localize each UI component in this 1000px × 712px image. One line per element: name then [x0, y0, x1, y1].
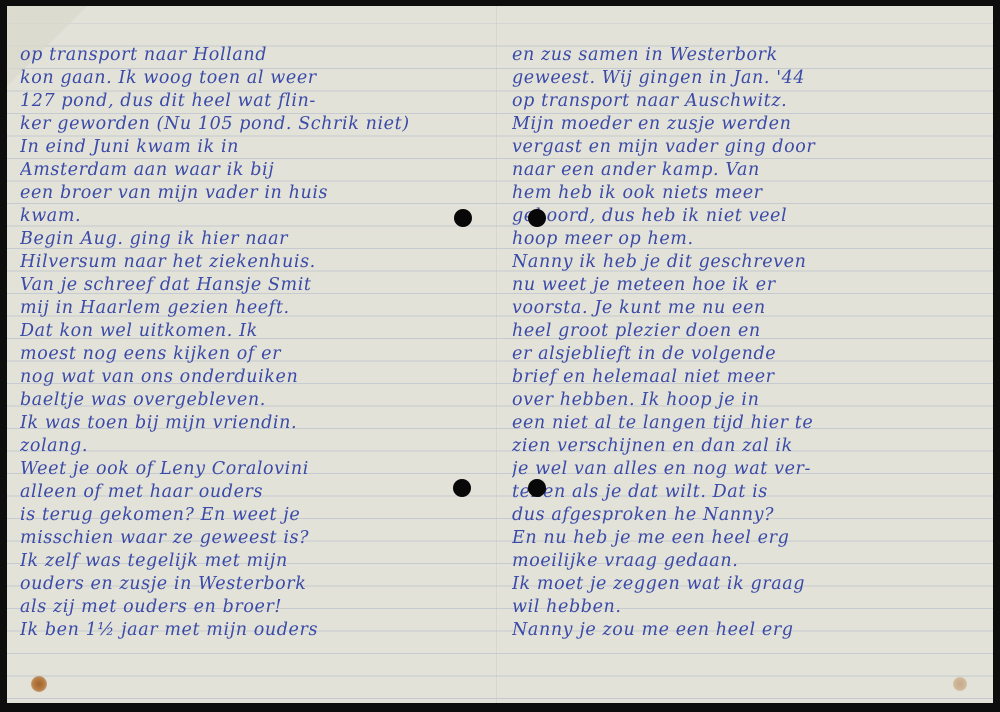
punch-hole: [453, 479, 471, 497]
handwritten-line: moeilijke vraag gedaan.: [512, 550, 982, 573]
handwritten-line: Amsterdam aan waar ik bij: [20, 159, 490, 182]
handwritten-line: als zij met ouders en broer!: [20, 596, 490, 619]
handwritten-line: alleen of met haar ouders: [20, 481, 490, 504]
handwritten-line: hoop meer op hem.: [512, 228, 982, 251]
handwritten-line: zien verschijnen en dan zal ik: [512, 435, 982, 458]
handwritten-line: zolang.: [20, 435, 490, 458]
rust-stain: [953, 677, 967, 691]
handwritten-line: op transport naar Holland: [20, 44, 490, 67]
handwritten-line: Weet je ook of Leny Coralovini: [20, 458, 490, 481]
handwritten-line: Ik zelf was tegelijk met mijn: [20, 550, 490, 573]
handwritten-line: baeltje was overgebleven.: [20, 389, 490, 412]
handwritten-line: tellen als je dat wilt. Dat is: [512, 481, 982, 504]
handwritten-line: moest nog eens kijken of er: [20, 343, 490, 366]
handwritten-line: een broer van mijn vader in huis: [20, 182, 490, 205]
handwritten-line: hem heb ik ook niets meer: [512, 182, 982, 205]
handwritten-line: Ik moet je zeggen wat ik graag: [512, 573, 982, 596]
handwritten-line: mij in Haarlem gezien heeft.: [20, 297, 490, 320]
punch-hole: [528, 209, 546, 227]
handwritten-line: er alsjeblieft in de volgende: [512, 343, 982, 366]
handwritten-line: wil hebben.: [512, 596, 982, 619]
handwritten-line: In eind Juni kwam ik in: [20, 136, 490, 159]
handwritten-line: gehoord, dus heb ik niet veel: [512, 205, 982, 228]
left-page: op transport naar Hollandkon gaan. Ik wo…: [20, 44, 490, 642]
handwritten-line: Van je schreef dat Hansje Smit: [20, 274, 490, 297]
handwritten-line: over hebben. Ik hoop je in: [512, 389, 982, 412]
handwritten-line: brief en helemaal niet meer: [512, 366, 982, 389]
handwritten-line: Hilversum naar het ziekenhuis.: [20, 251, 490, 274]
handwritten-line: Nanny je zou me een heel erg: [512, 619, 982, 642]
handwritten-line: ker geworden (Nu 105 pond. Schrik niet): [20, 113, 490, 136]
handwritten-line: misschien waar ze geweest is?: [20, 527, 490, 550]
handwritten-line: heel groot plezier doen en: [512, 320, 982, 343]
handwritten-line: 127 pond, dus dit heel wat flin-: [20, 90, 490, 113]
handwritten-line: op transport naar Auschwitz.: [512, 90, 982, 113]
handwritten-line: is terug gekomen? En weet je: [20, 504, 490, 527]
handwritten-line: nog wat van ons onderduiken: [20, 366, 490, 389]
handwritten-line: Begin Aug. ging ik hier naar: [20, 228, 490, 251]
handwritten-line: dus afgesproken he Nanny?: [512, 504, 982, 527]
handwritten-line: Ik was toen bij mijn vriendin.: [20, 412, 490, 435]
punch-hole: [454, 209, 472, 227]
handwritten-line: nu weet je meteen hoe ik er: [512, 274, 982, 297]
handwritten-line: En nu heb je me een heel erg: [512, 527, 982, 550]
handwritten-line: Mijn moeder en zusje werden: [512, 113, 982, 136]
handwritten-line: naar een ander kamp. Van: [512, 159, 982, 182]
handwritten-line: en zus samen in Westerbork: [512, 44, 982, 67]
handwritten-line: geweest. Wij gingen in Jan. '44: [512, 67, 982, 90]
handwritten-line: voorsta. Je kunt me nu een: [512, 297, 982, 320]
handwritten-line: Ik ben 1½ jaar met mijn ouders: [20, 619, 490, 642]
handwritten-line: kwam.: [20, 205, 490, 228]
handwritten-line: Nanny ik heb je dit geschreven: [512, 251, 982, 274]
right-page: en zus samen in Westerborkgeweest. Wij g…: [512, 44, 982, 642]
handwritten-line: ouders en zusje in Westerbork: [20, 573, 490, 596]
rust-stain: [31, 676, 47, 692]
handwritten-line: je wel van alles en nog wat ver-: [512, 458, 982, 481]
handwritten-line: vergast en mijn vader ging door: [512, 136, 982, 159]
punch-hole: [528, 479, 546, 497]
handwritten-line: een niet al te langen tijd hier te: [512, 412, 982, 435]
handwritten-line: kon gaan. Ik woog toen al weer: [20, 67, 490, 90]
handwritten-line: Dat kon wel uitkomen. Ik: [20, 320, 490, 343]
center-fold: [496, 6, 498, 703]
